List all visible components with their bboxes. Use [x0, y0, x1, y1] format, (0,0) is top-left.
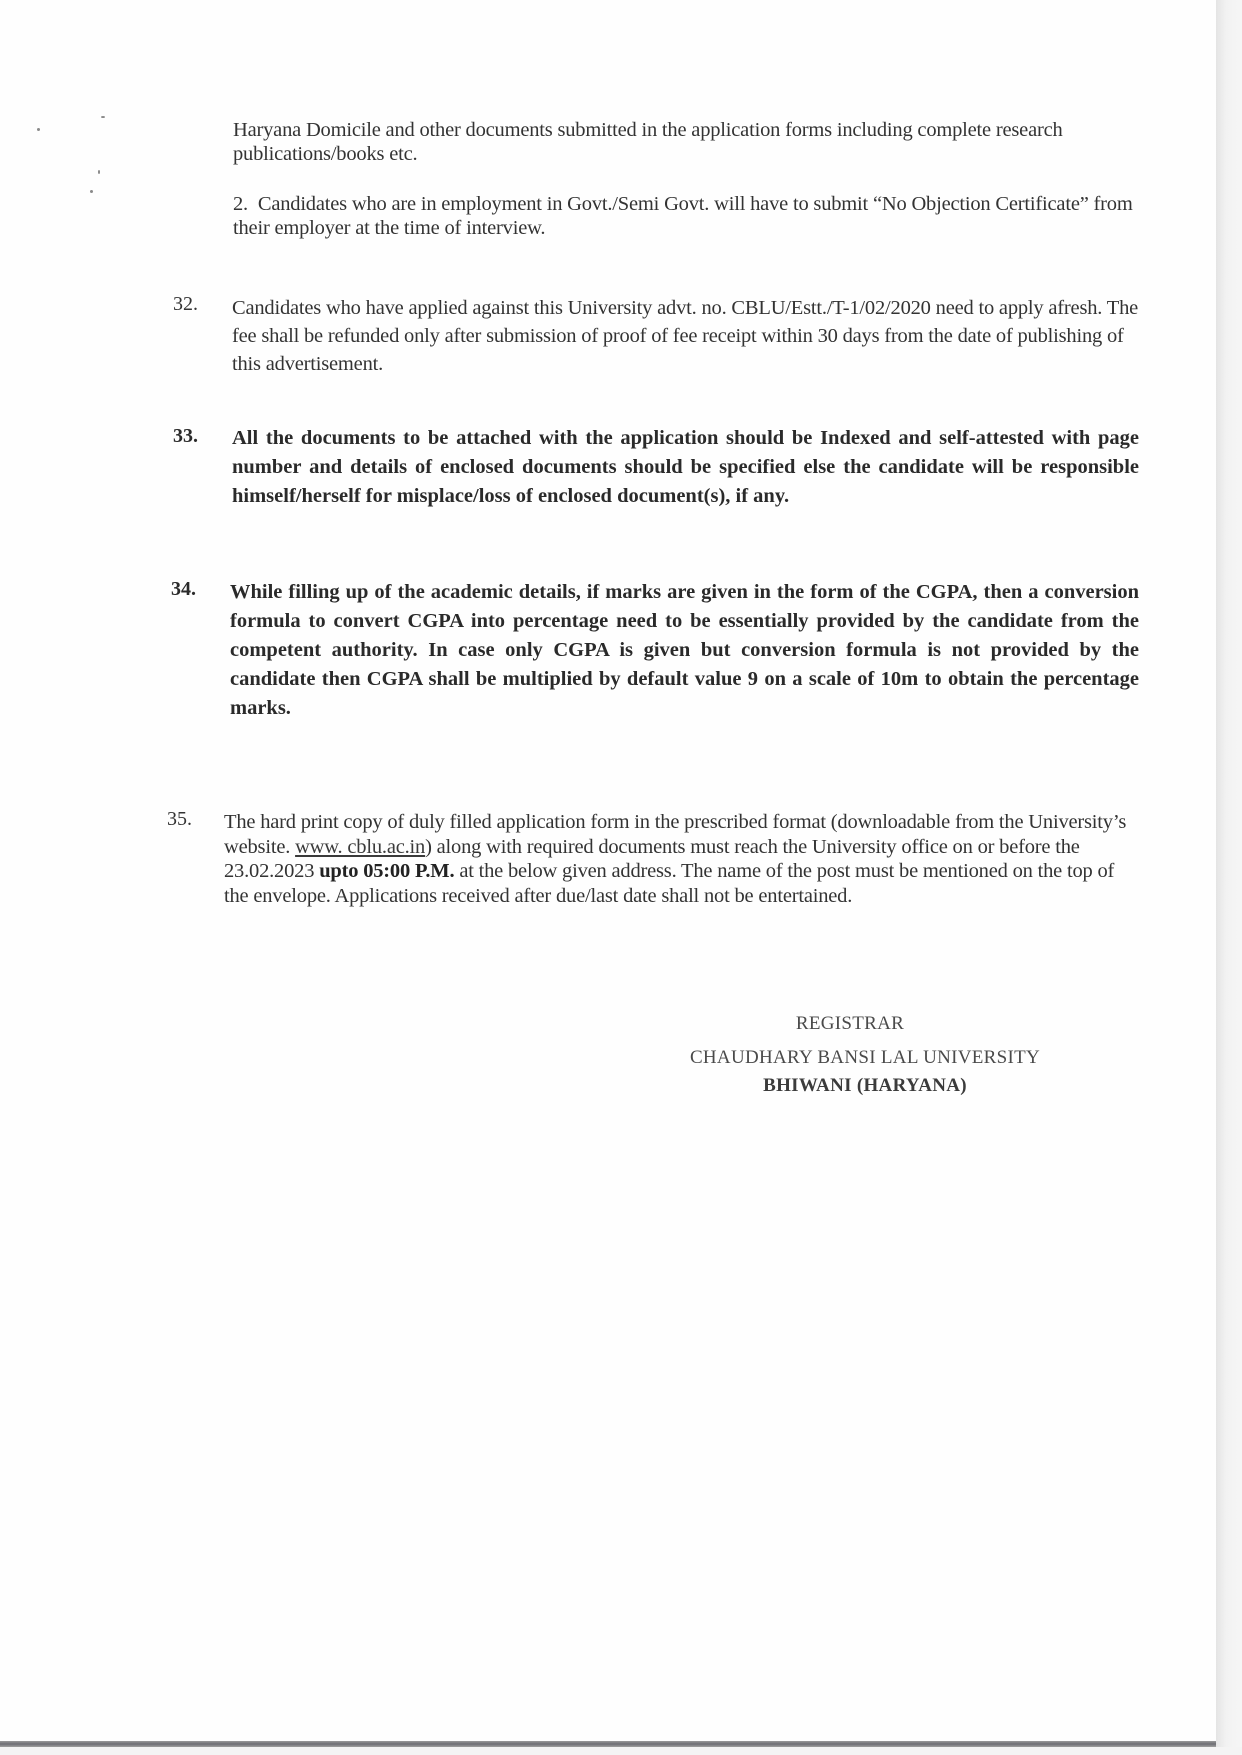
clause-35-number: 35.	[167, 808, 192, 831]
scan-speck	[90, 190, 93, 193]
clause-32-number: 32.	[173, 293, 198, 316]
scan-speck	[37, 128, 40, 131]
clause-33-text: All the documents to be attached with th…	[232, 424, 1139, 511]
deadline-time: upto 05:00 P.M.	[319, 860, 454, 882]
note-2-text: Candidates who are in employment in Govt…	[233, 193, 1133, 239]
institution-location: BHIWANI (HARYANA)	[660, 1072, 1070, 1100]
scan-speck	[101, 116, 105, 118]
signatory-title: REGISTRAR	[630, 1010, 1070, 1038]
continuation-paragraph: Haryana Domicile and other documents sub…	[233, 118, 1145, 166]
note-2-number: 2.	[233, 193, 248, 215]
page-edge-shadow	[1216, 0, 1242, 1755]
institution-name: CHAUDHARY BANSI LAL UNIVERSITY	[660, 1044, 1070, 1072]
note-2-paragraph: 2. Candidates who are in employment in G…	[233, 192, 1145, 240]
clause-35-text: The hard print copy of duly filled appli…	[224, 810, 1139, 908]
clause-32-text: Candidates who have applied against this…	[232, 294, 1144, 378]
continuation-text: Haryana Domicile and other documents sub…	[233, 119, 1063, 165]
signature-block: REGISTRAR CHAUDHARY BANSI LAL UNIVERSITY…	[660, 1010, 1070, 1100]
scan-speck	[98, 170, 100, 174]
university-website-link[interactable]: www. cblu.ac.in	[295, 836, 425, 858]
clause-33-number: 33.	[173, 425, 198, 448]
clause-34-text: While filling up of the academic details…	[230, 578, 1139, 723]
clause-34-number: 34.	[171, 578, 196, 601]
page-bottom-margin	[0, 1747, 1242, 1755]
